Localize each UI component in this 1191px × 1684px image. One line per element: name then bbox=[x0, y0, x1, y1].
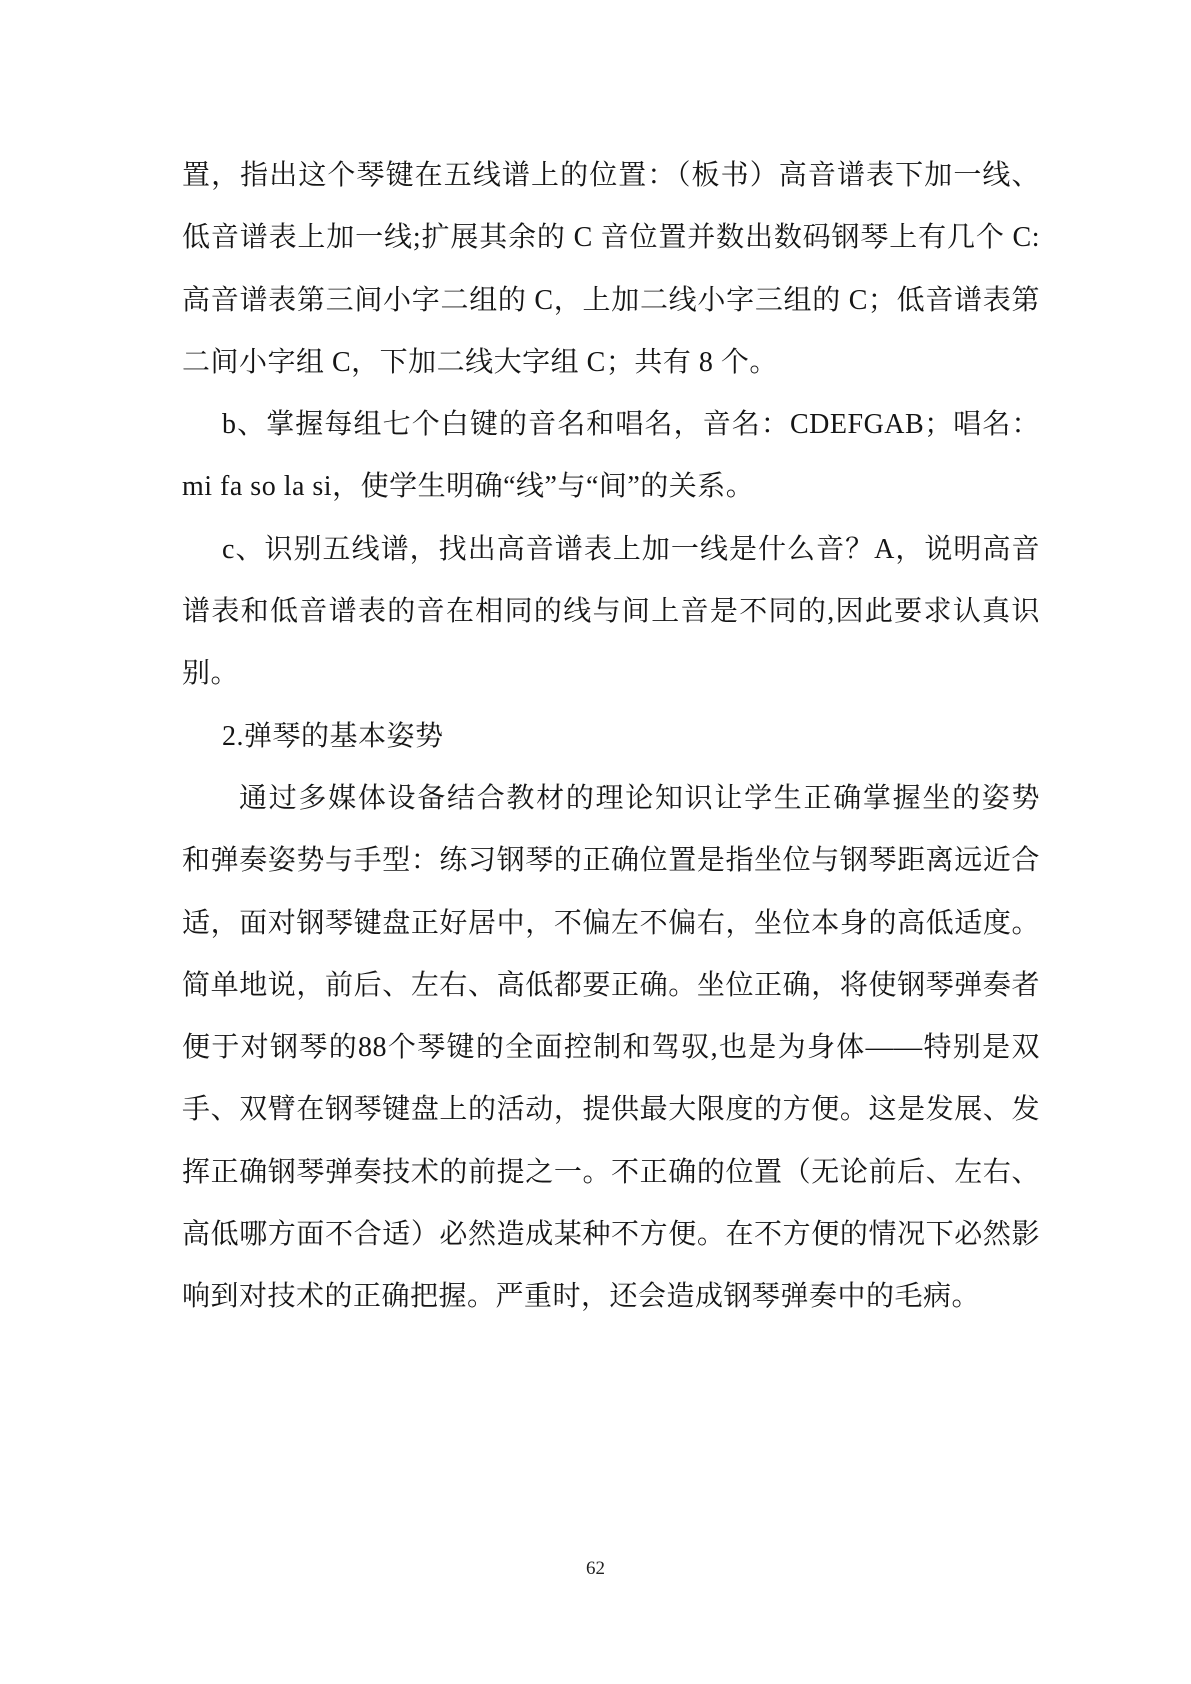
text-line: 高低哪方面不合适）必然造成某种不方便。在不方便的情况下必然影 bbox=[182, 1204, 1040, 1266]
text-line: 便于对钢琴的88个琴键的全面控制和驾驭,也是为身体——特别是双 bbox=[182, 1017, 1040, 1079]
text-line: 适，面对钢琴键盘正好居中，不偏左不偏右，坐位本身的高低适度。 bbox=[182, 893, 1040, 955]
text-line: 简单地说，前后、左右、高低都要正确。坐位正确，将使钢琴弹奏者 bbox=[182, 955, 1040, 1017]
text-line: c、识别五线谱，找出高音谱表上加一线是什么音？A，说明高音 bbox=[182, 519, 1040, 581]
text-body: 置，指出这个琴键在五线谱上的位置：（板书）高音谱表下加一线、 低音谱表上加一线;… bbox=[182, 145, 1040, 1329]
text-line: 置，指出这个琴键在五线谱上的位置：（板书）高音谱表下加一线、 bbox=[182, 145, 1040, 207]
text-line: 别。 bbox=[182, 643, 1040, 705]
text-line: 手、双臂在钢琴键盘上的活动，提供最大限度的方便。这是发展、发 bbox=[182, 1079, 1040, 1141]
text-line: 2.弹琴的基本姿势 bbox=[182, 706, 1040, 768]
text-line: 高音谱表第三间小字二组的 C，上加二线小字三组的 C；低音谱表第 bbox=[182, 270, 1040, 332]
text-line: b、掌握每组七个白键的音名和唱名，音名：CDEFGAB；唱名：do re bbox=[182, 394, 1040, 456]
text-line: 挥正确钢琴弹奏技术的前提之一。不正确的位置（无论前后、左右、 bbox=[182, 1142, 1040, 1204]
text-line: mi fa so la si，使学生明确“线”与“间”的关系。 bbox=[182, 456, 1040, 518]
text-line: 低音谱表上加一线;扩展其余的 C 音位置并数出数码钢琴上有几个 C: bbox=[182, 207, 1040, 269]
text-line: 和弹奏姿势与手型：练习钢琴的正确位置是指坐位与钢琴距离远近合 bbox=[182, 830, 1040, 892]
text-line: 二间小字组 C，下加二线大字组 C；共有 8 个。 bbox=[182, 332, 1040, 394]
document-page: 置，指出这个琴键在五线谱上的位置：（板书）高音谱表下加一线、 低音谱表上加一线;… bbox=[0, 0, 1191, 1684]
text-line: 谱表和低音谱表的音在相同的线与间上音是不同的,因此要求认真识 bbox=[182, 581, 1040, 643]
page-number: 62 bbox=[0, 1556, 1191, 1582]
text-line: 响到对技术的正确把握。严重时，还会造成钢琴弹奏中的毛病。 bbox=[182, 1266, 1040, 1328]
text-line: 通过多媒体设备结合教材的理论知识让学生正确掌握坐的姿势 bbox=[182, 768, 1040, 830]
